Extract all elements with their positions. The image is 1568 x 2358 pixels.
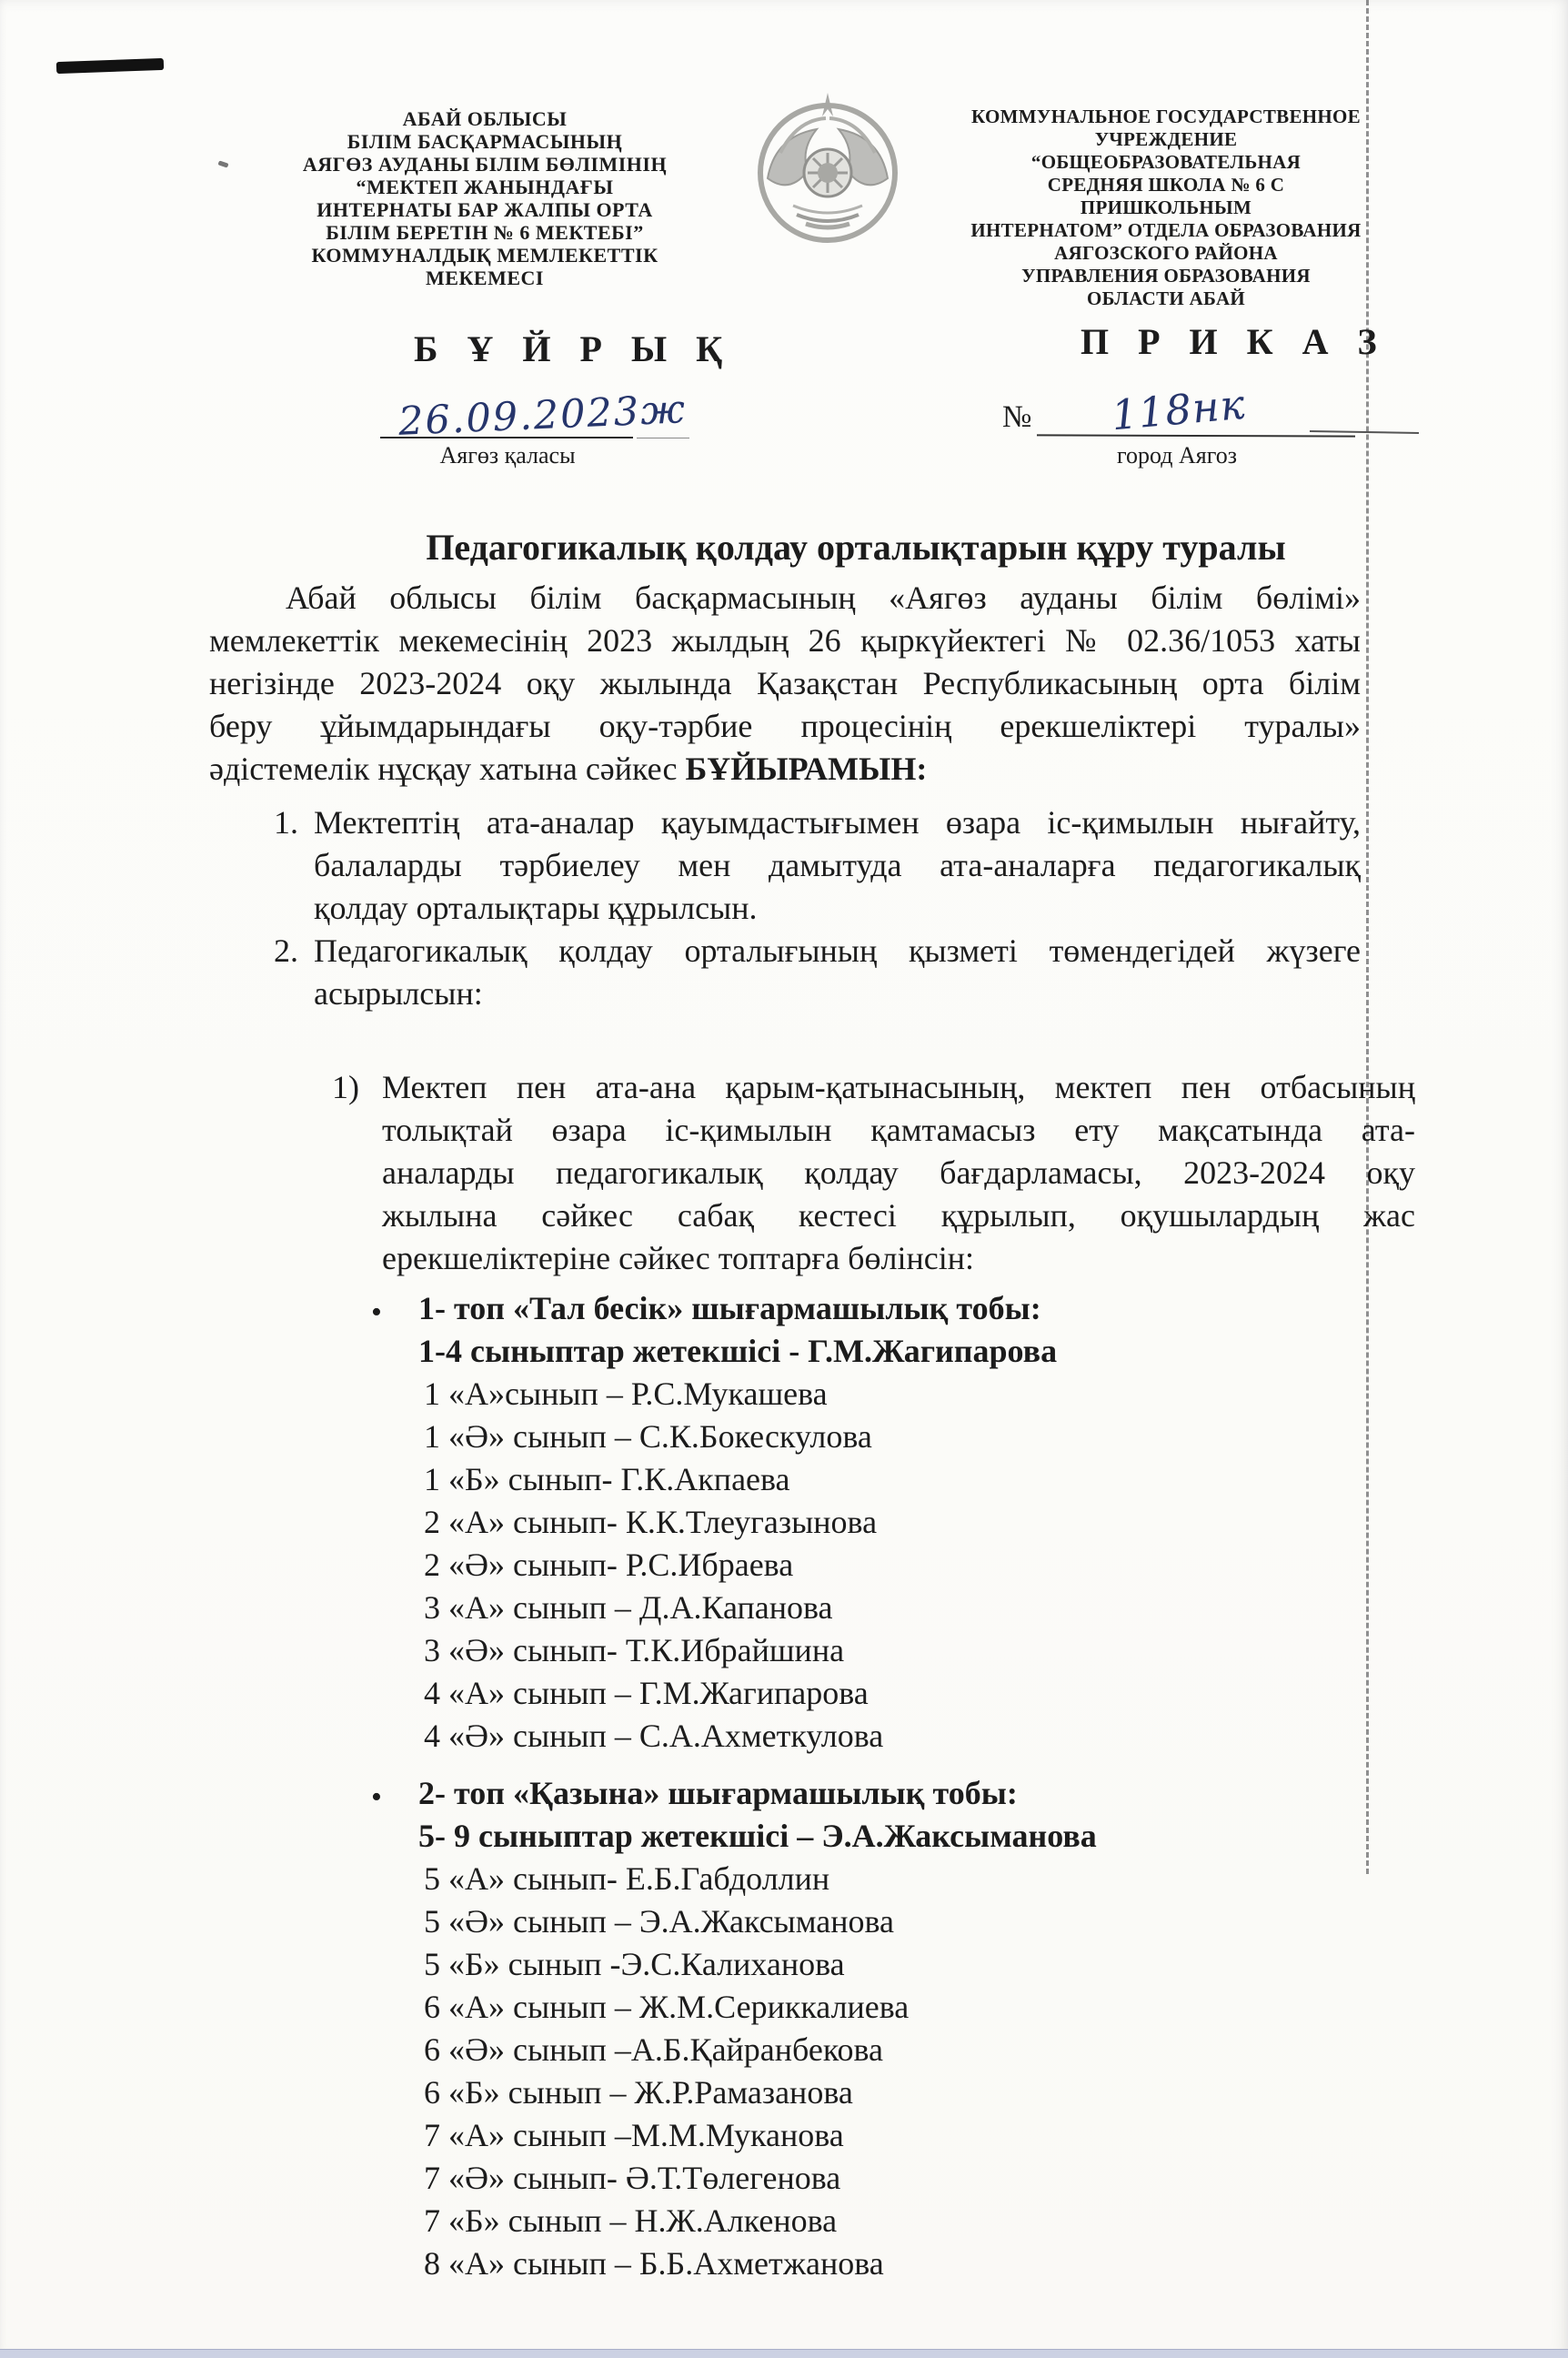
- class-assignment: 5 «Б» сынып -Э.С.Калиханова: [418, 1943, 1361, 1986]
- org-line: БІЛІМ БАСҚАРМАСЫНЫҢ: [266, 130, 704, 153]
- class-assignment: 5 «А» сынып- Е.Б.Габдоллин: [418, 1858, 1361, 1900]
- subitem-number: 1): [332, 1066, 359, 1109]
- group-1-tal-besik: • 1- топ «Тал бесік» шығармашылық тобы: …: [209, 1287, 1361, 1758]
- class-assignment: 4 «А» сынып – Г.М.Жагипарова: [418, 1672, 1361, 1715]
- item-line: қолдау орталықтары құрылсын.: [314, 887, 1361, 930]
- scanned-order-page: АБАЙ ОБЛЫСЫ БІЛІМ БАСҚАРМАСЫНЫҢ АЯГӨЗ АУ…: [0, 0, 1568, 2358]
- intro-last-text: әдістемелік нұсқау хатына сәйкес: [209, 751, 686, 787]
- scan-speck: [217, 160, 228, 167]
- item-line: асырылсын:: [314, 972, 1361, 1015]
- item-line: Мектептің ата-аналар қауымдастығымен өза…: [314, 801, 1361, 844]
- scan-artifact-mark: [56, 58, 164, 74]
- class-assignment: 1 «Б» сынып- Г.К.Акпаева: [418, 1458, 1361, 1501]
- org-line: АЯГӨЗ АУДАНЫ БІЛІМ БӨЛІМІНІҢ: [266, 153, 704, 176]
- document-body: Педагогикалық қолдау орталықтарын құру т…: [209, 526, 1361, 2285]
- subitem-line: толықтай өзара іс-қимылын қамтамасыз ету…: [382, 1109, 1415, 1152]
- org-line: АБАЙ ОБЛЫСЫ: [266, 107, 704, 130]
- order-word-kazakh: Б Ұ Й Р Ы Қ: [414, 327, 732, 370]
- org-line: УПРАВЛЕНИЯ ОБРАЗОВАНИЯ: [960, 265, 1372, 287]
- group-2-kazyna: • 2- топ «Қазына» шығармашылық тобы: 5- …: [209, 1772, 1361, 2285]
- number-underline: [1037, 434, 1355, 437]
- class-assignment: 7 «Б» сынып – Н.Ж.Алкенова: [418, 2200, 1361, 2242]
- class-assignment: 6 «А» сынып – Ж.М.Сериккалиева: [418, 1986, 1361, 2029]
- intro-last-line: әдістемелік нұсқау хатына сәйкес БҰЙЫРАМ…: [209, 748, 1361, 791]
- order-word-russian: П Р И К А З: [1081, 320, 1387, 363]
- group-leader: 1-4 сыныптар жетекшісі - Г.М.Жагипарова: [418, 1330, 1361, 1373]
- class-assignment: 5 «Ә» сынып – Э.А.Жаксыманова: [418, 1900, 1361, 1943]
- number-sign: №: [1002, 400, 1031, 435]
- handwritten-order-number: 118нк: [1110, 380, 1247, 440]
- item-line: Педагогикалық қолдау орталығының қызметі…: [314, 930, 1361, 972]
- org-line: БІЛІМ БЕРЕТІН № 6 МЕКТЕБІ”: [266, 221, 704, 244]
- group-title: 1- топ «Тал бесік» шығармашылық тобы:: [418, 1287, 1361, 1330]
- class-assignment: 2 «Ә» сынып- Р.С.Ибраева: [418, 1544, 1361, 1587]
- org-line: УЧРЕЖДЕНИЕ “ОБЩЕОБРАЗОВАТЕЛЬНАЯ: [960, 128, 1372, 174]
- bullet-icon: •: [371, 1291, 382, 1334]
- org-line: МЕКЕМЕСІ: [266, 267, 704, 289]
- class-assignment: 6 «Б» сынып – Ж.Р.Рамазанова: [418, 2071, 1361, 2114]
- number-underline-extension: [1310, 430, 1419, 434]
- org-line: ИНТЕРНАТЫ БАР ЖАЛПЫ ОРТА: [266, 198, 704, 221]
- order-item-1: 1. Мектептің ата-аналар қауымдастығымен …: [209, 801, 1361, 930]
- item-line: балаларды тәрбиелеу мен дамытуда ата-ана…: [314, 844, 1361, 887]
- item-number: 1.: [274, 801, 298, 844]
- order-subitem-1: 1) Мектеп пен ата-ана қарым-қатынасының,…: [209, 1066, 1415, 1280]
- bullet-icon: •: [371, 1776, 382, 1819]
- org-line: КОММУНАЛЬНОЕ ГОСУДАРСТВЕННОЕ: [960, 106, 1372, 128]
- class-assignment: 1 «А»сынып – Р.С.Мукашева: [418, 1373, 1361, 1416]
- class-assignment: 3 «Ә» сынып- Т.К.Ибрайшина: [418, 1629, 1361, 1672]
- org-line: “МЕКТЕП ЖАНЫНДАҒЫ: [266, 176, 704, 198]
- date-underline: [380, 437, 633, 438]
- group-title: 2- топ «Қазына» шығармашылық тобы:: [418, 1772, 1361, 1815]
- scanner-edge-strip: [0, 2349, 1568, 2358]
- org-line: СРЕДНЯЯ ШКОЛА № 6 С ПРИШКОЛЬНЫМ: [960, 174, 1372, 219]
- intro-paragraph: Абай облысы білім басқармасының «Аягөз а…: [209, 577, 1361, 791]
- group-leader: 5- 9 сыныптар жетекшісі – Э.А.Жаксыманов…: [418, 1815, 1361, 1858]
- class-assignment: 7 «А» сынып –М.М.Муканова: [418, 2114, 1361, 2157]
- class-assignment: 1 «Ә» сынып – С.К.Бокескулова: [418, 1416, 1361, 1458]
- org-line: ОБЛАСТИ АБАЙ: [960, 287, 1372, 310]
- org-line: АЯГОЗСКОГО РАЙОНА: [960, 242, 1372, 265]
- class-assignment: 7 «Ә» сынып- Ә.Т.Төлегенова: [418, 2157, 1361, 2200]
- class-assignment: 2 «А» сынып- К.К.Тлеугазынова: [418, 1501, 1361, 1544]
- place-label-kazakh: Аягөз қаласы: [398, 442, 617, 469]
- document-title: Педагогикалық қолдау орталықтарын құру т…: [406, 526, 1306, 569]
- class-assignment: 3 «А» сынып – Д.А.Капанова: [418, 1587, 1361, 1629]
- intro-line: негізінде 2023-2024 оқу жылында Қазақста…: [209, 662, 1361, 705]
- order-verb-bold: БҰЙЫРАМЫН:: [686, 751, 928, 787]
- order-item-2: 2. Педагогикалық қолдау орталығының қызм…: [209, 930, 1361, 1015]
- item-number: 2.: [274, 930, 298, 972]
- intro-line: мемлекеттік мекемесінің 2023 жылдың 26 қ…: [209, 620, 1361, 662]
- org-line: ИНТЕРНАТОМ” ОТДЕЛА ОБРАЗОВАНИЯ: [960, 219, 1372, 242]
- letterhead-russian: КОММУНАЛЬНОЕ ГОСУДАРСТВЕННОЕ УЧРЕЖДЕНИЕ …: [960, 106, 1372, 310]
- class-assignment: 8 «А» сынып – Б.Б.Ахметжанова: [418, 2242, 1361, 2285]
- subitem-line: ерекшеліктеріне сәйкес топтарға бөлінсін…: [382, 1237, 1415, 1280]
- subitem-line: жылына сәйкес сабақ кестесі құрылып, оқу…: [382, 1194, 1415, 1237]
- intro-line: Абай облысы білім басқармасының «Аягөз а…: [209, 577, 1361, 620]
- org-line: КОММУНАЛДЫҚ МЕМЛЕКЕТТІК: [266, 244, 704, 267]
- class-assignment: 6 «Ә» сынып –А.Б.Қайранбекова: [418, 2029, 1361, 2071]
- kazakhstan-emblem-icon: [753, 89, 902, 246]
- subitem-line: аналарды педагогикалық қолдау бағдарлама…: [382, 1152, 1415, 1194]
- place-label-russian: город Аягоз: [1117, 442, 1237, 469]
- subitem-line: Мектеп пен ата-ана қарым-қатынасының, ме…: [382, 1066, 1415, 1109]
- letterhead-kazakh: АБАЙ ОБЛЫСЫ БІЛІМ БАСҚАРМАСЫНЫҢ АЯГӨЗ АУ…: [266, 107, 704, 289]
- class-assignment: 4 «Ә» сынып – С.А.Ахметкулова: [418, 1715, 1361, 1758]
- date-underline-extension: [637, 438, 689, 438]
- intro-line: беру ұйымдарындағы оқу-тәрбие процесінің…: [209, 705, 1361, 748]
